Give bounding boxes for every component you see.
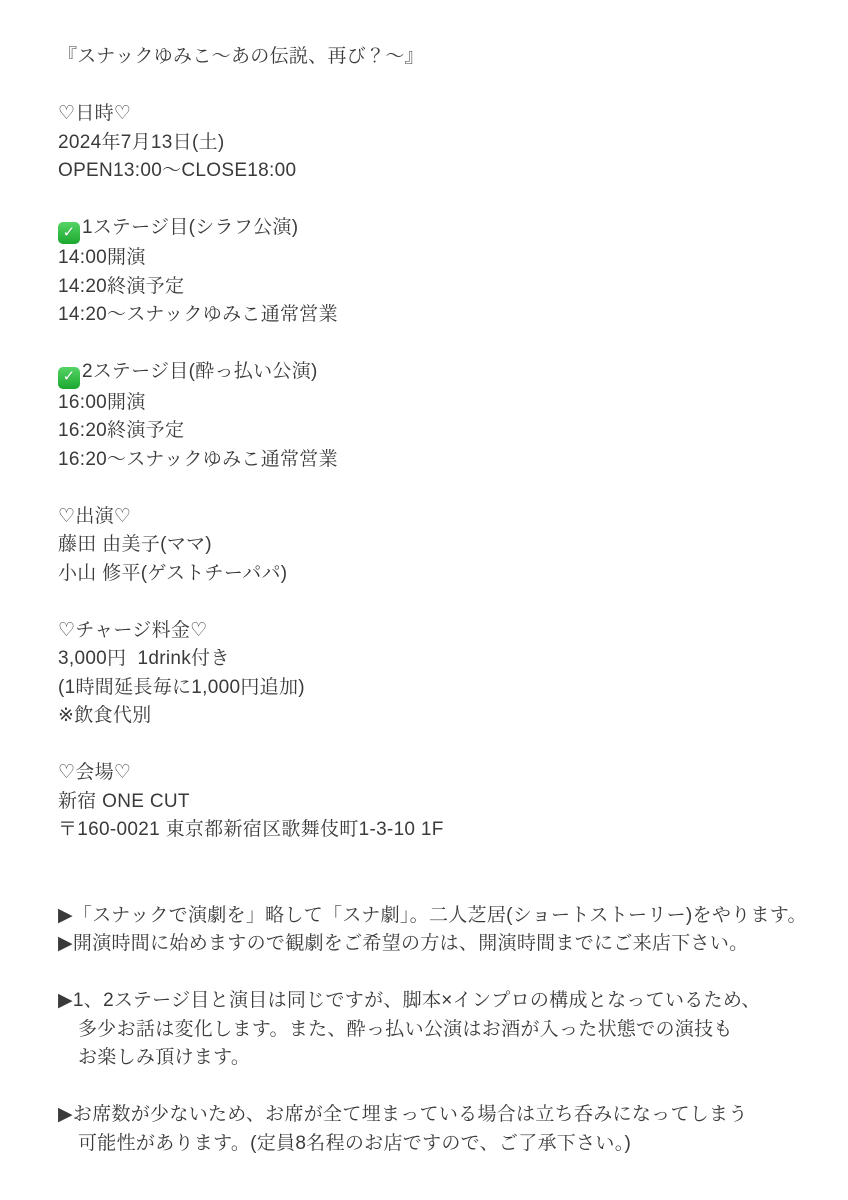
text: 小山 修平(ゲストチーパパ)	[58, 563, 287, 584]
section-stage2: ✓2ステージ目(酔っ払い公演)16:00開演16:20終演予定16:20〜スナッ…	[58, 358, 818, 474]
text: ▶1、2ステージ目と演目は同じですが、脚本×インプロの構成となっているため、	[58, 990, 761, 1011]
check-emoji-icon: ✓	[58, 222, 80, 244]
note-seats-1: ▶お席数が少ないため、お席が全て埋まっている場合は立ち呑みになってしまう	[58, 1101, 818, 1130]
heading-datetime: ♡日時♡	[58, 100, 818, 129]
text: OPEN13:00〜CLOSE18:00	[58, 160, 296, 181]
stage2-heading: ✓2ステージ目(酔っ払い公演)	[58, 358, 818, 388]
note-arrival: ▶開演時間に始めますので観劇をご希望の方は、開演時間までにご来店下さい。	[58, 930, 818, 959]
heading-cast: ♡出演♡	[58, 503, 818, 532]
cast-member-1: 藤田 由美子(ママ)	[58, 531, 818, 560]
note-sunageki: ▶「スナックで演劇を」略して「スナ劇」。二人芝居(ショートストーリー)をやります…	[58, 902, 818, 931]
charge-price: 3,000円 1drink付き	[58, 645, 818, 674]
text: ♡日時♡	[58, 103, 131, 124]
text: 多少お話は変化します。また、酔っ払い公演はお酒が入った状態での演技も	[78, 1019, 733, 1040]
section-cast: ♡出演♡藤田 由美子(ママ)小山 修平(ゲストチーパパ)	[58, 503, 818, 589]
text: 16:00開演	[58, 392, 146, 413]
text: お楽しみ頂けます。	[78, 1047, 250, 1068]
section-notes-seats: ▶お席数が少ないため、お席が全て埋まっている場合は立ち呑みになってしまう可能性が…	[58, 1101, 818, 1158]
text: 〒160-0021 東京都新宿区歌舞伎町1-3-10 1F	[58, 819, 444, 840]
event-title: 『スナックゆみこ〜あの伝説、再び？〜』	[58, 43, 818, 72]
open-close-time: OPEN13:00〜CLOSE18:00	[58, 157, 818, 186]
section-venue: ♡会場♡新宿 ONE CUT〒160-0021 東京都新宿区歌舞伎町1-3-10…	[58, 759, 818, 845]
stage2-after: 16:20〜スナックゆみこ通常営業	[58, 446, 818, 475]
note-seats-2: 可能性があります。(定員8名程のお店ですので、ご了承下さい。)	[58, 1130, 818, 1159]
text: 14:20終演予定	[58, 276, 184, 297]
text: 新宿 ONE CUT	[58, 791, 190, 812]
text: ※飲食代別	[58, 705, 151, 726]
text: 3,000円 1drink付き	[58, 648, 230, 669]
text: ♡出演♡	[58, 506, 131, 527]
text: 14:20〜スナックゆみこ通常営業	[58, 304, 338, 325]
note-stages-1: ▶1、2ステージ目と演目は同じですが、脚本×インプロの構成となっているため、	[58, 987, 818, 1016]
text: 16:20終演予定	[58, 420, 184, 441]
section-datetime: ♡日時♡2024年7月13日(土)OPEN13:00〜CLOSE18:00	[58, 100, 818, 186]
stage2-end: 16:20終演予定	[58, 417, 818, 446]
section-charge: ♡チャージ料金♡3,000円 1drink付き(1時間延長毎に1,000円追加)…	[58, 617, 818, 731]
text: ▶「スナックで演劇を」略して「スナ劇」。二人芝居(ショートストーリー)をやります…	[58, 905, 807, 926]
flyer-document: 『スナックゆみこ〜あの伝説、再び？〜』♡日時♡2024年7月13日(土)OPEN…	[0, 0, 848, 1158]
text: 16:20〜スナックゆみこ通常営業	[58, 449, 338, 470]
stage1-end: 14:20終演予定	[58, 273, 818, 302]
cast-member-2: 小山 修平(ゲストチーパパ)	[58, 560, 818, 589]
check-emoji-icon: ✓	[58, 367, 80, 389]
event-date: 2024年7月13日(土)	[58, 129, 818, 158]
section-stage1: ✓1ステージ目(シラフ公演)14:00開演14:20終演予定14:20〜スナック…	[58, 214, 818, 330]
text: ▶お席数が少ないため、お席が全て埋まっている場合は立ち呑みになってしまう	[58, 1104, 748, 1125]
section-title: 『スナックゆみこ〜あの伝説、再び？〜』	[58, 43, 818, 72]
text: 2024年7月13日(土)	[58, 132, 225, 153]
venue-name: 新宿 ONE CUT	[58, 788, 818, 817]
charge-extension: (1時間延長毎に1,000円追加)	[58, 674, 818, 703]
text: 1ステージ目(シラフ公演)	[82, 217, 298, 238]
note-stages-2: 多少お話は変化します。また、酔っ払い公演はお酒が入った状態での演技も	[58, 1016, 818, 1045]
stage1-after: 14:20〜スナックゆみこ通常営業	[58, 301, 818, 330]
heading-charge: ♡チャージ料金♡	[58, 617, 818, 646]
text: ♡会場♡	[58, 762, 131, 783]
text: (1時間延長毎に1,000円追加)	[58, 677, 305, 698]
stage1-heading: ✓1ステージ目(シラフ公演)	[58, 214, 818, 244]
text: 藤田 由美子(ママ)	[58, 534, 212, 555]
text: 『スナックゆみこ〜あの伝説、再び？〜』	[58, 46, 424, 67]
charge-note: ※飲食代別	[58, 702, 818, 731]
text: 可能性があります。(定員8名程のお店ですので、ご了承下さい。)	[78, 1133, 631, 1154]
stage1-start: 14:00開演	[58, 244, 818, 273]
text: 2ステージ目(酔っ払い公演)	[82, 361, 318, 382]
text: 14:00開演	[58, 247, 146, 268]
text: ▶開演時間に始めますので観劇をご希望の方は、開演時間までにご来店下さい。	[58, 933, 748, 954]
section-notes-intro: ▶「スナックで演劇を」略して「スナ劇」。二人芝居(ショートストーリー)をやります…	[58, 902, 818, 959]
heading-venue: ♡会場♡	[58, 759, 818, 788]
venue-address: 〒160-0021 東京都新宿区歌舞伎町1-3-10 1F	[58, 816, 818, 845]
section-notes-stages: ▶1、2ステージ目と演目は同じですが、脚本×インプロの構成となっているため、多少…	[58, 987, 818, 1073]
note-stages-3: お楽しみ頂けます。	[58, 1044, 818, 1073]
stage2-start: 16:00開演	[58, 389, 818, 418]
text: ♡チャージ料金♡	[58, 620, 208, 641]
